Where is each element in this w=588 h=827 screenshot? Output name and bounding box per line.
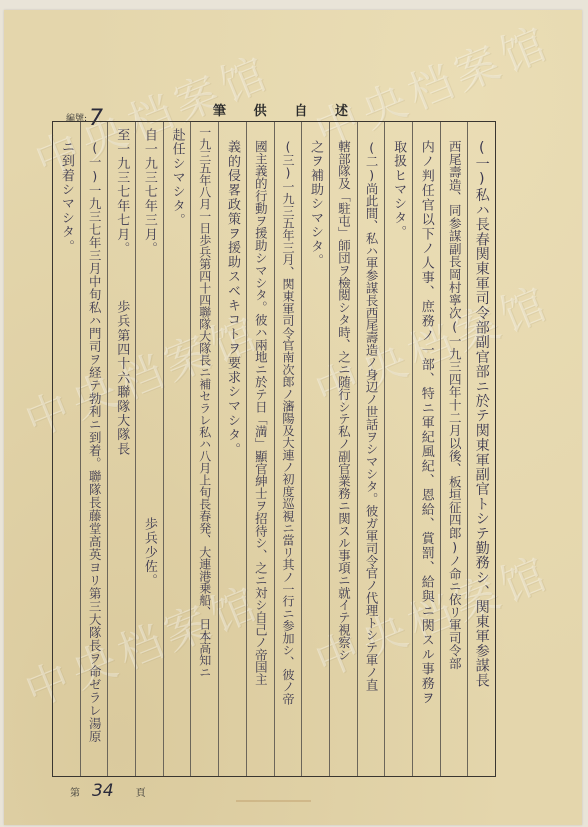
column-text: 内ノ判任官以下ノ人事、庶務ノ一部、特ニ軍紀風紀、恩給、賞罰、給與ニ関スル事務ヲ [420, 140, 433, 706]
column-text: 義的侵畧政策ヲ援助スベキコトヲ要求シマシタ。 [226, 140, 239, 457]
text-column: 之ヲ補助シマシタ。 [301, 122, 329, 776]
document-title: 筆 供 自 述 [213, 100, 348, 119]
text-column: (一)一九三七年三月中旬私ハ門司ヲ経テ勃利ニ到着。聯隊長藤堂高英ヨリ第三大隊長ヲ… [80, 122, 108, 776]
text-column: 國主義的行動ヲ援助シマシタ。彼ハ兩地ニ於テ日「満」顯官紳士ヲ招待シ、之ニ対シ自己… [246, 122, 274, 776]
position-text: 歩兵第四十六聯隊大隊長 [115, 300, 128, 456]
text-column: 轄部隊及「駐屯」師団ヲ檢閲シタ時、之ニ随行シテ私ノ副官業務ニ関スル事項ニ就イテ視… [329, 122, 357, 776]
paper-stain [236, 800, 311, 802]
column-text: ニ到着シマシタ。 [60, 140, 73, 254]
text-column: 至一九三七年七月。 歩兵第四十六聯隊大隊長 [107, 122, 135, 776]
column-text: (二)尚此間、私ハ軍参謀長西尾壽造ノ身辺ノ世話ヲシマシタ。彼ガ軍司令官ノ代理トシ… [365, 140, 377, 691]
title-char: 筆 [213, 100, 226, 119]
column-text: 國主義的行動ヲ援助シマシタ。彼ハ兩地ニ於テ日「満」顯官紳士ヲ招待シ、之ニ対シ自己… [254, 140, 266, 686]
column-text: 至一九三七年七月。 [115, 128, 128, 256]
text-column: (二)尚此間、私ハ軍参謀長西尾壽造ノ身辺ノ世話ヲシマシタ。彼ガ軍司令官ノ代理トシ… [357, 122, 385, 776]
column-text: 赴任シマシタ。 [171, 128, 184, 227]
text-column: 義的侵畧政策ヲ援助スベキコトヲ要求シマシタ。 [218, 122, 246, 776]
column-text: 西尾壽造、同参謀副長岡村寧次(一九三四年十二月以後、板垣征四郎)ノ命ニ依リ軍司令… [448, 140, 461, 670]
title-char: 自 [294, 100, 307, 119]
column-text: 轄部隊及「駐屯」師団ヲ檢閲シタ時、之ニ随行シテ私ノ副官業務ニ関スル事項ニ就イテ視… [337, 140, 349, 661]
page-footer: 第 34 頁 [70, 781, 146, 801]
column-text: 一九三五年八月一日歩兵第四十四聯隊大隊長ニ補セラレ私ハ八月上旬長春発、大連港乗船… [199, 126, 211, 678]
text-column: (一)私ハ長春関東軍司令部副官部ニ於テ関東軍副官トシテ勤務シ、関東軍参謀長 [467, 122, 495, 776]
text-column: 内ノ判任官以下ノ人事、庶務ノ一部、特ニ軍紀風紀、恩給、賞罰、給與ニ関スル事務ヲ [412, 122, 440, 776]
rank-text: 歩兵少佐。 [143, 517, 156, 588]
column-text: (一)私ハ長春関東軍司令部副官部ニ於テ関東軍副官トシテ勤務シ、関東軍参謀長 [475, 140, 489, 688]
text-column: 取扱ヒマシタ。 [384, 122, 412, 776]
text-column: 赴任シマシタ。 [163, 122, 191, 776]
text-column: (三)一九三五年三月、関東軍司令官南次郎ノ瀋陽及大連ノ初度巡視ニ當リ其ノ一行ニ参… [274, 122, 302, 776]
text-column: 一九三五年八月一日歩兵第四十四聯隊大隊長ニ補セラレ私ハ八月上旬長春発、大連港乗船… [190, 122, 218, 776]
manuscript-grid: (一)私ハ長春関東軍司令部副官部ニ於テ関東軍副官トシテ勤務シ、関東軍参謀長 西尾… [52, 121, 496, 777]
column-text: 之ヲ補助シマシタ。 [309, 140, 322, 268]
column-text: (三)一九三五年三月、関東軍司令官南次郎ノ瀋陽及大連ノ初度巡視ニ當リ其ノ一行ニ参… [282, 140, 294, 705]
page-suffix: 頁 [136, 784, 146, 799]
page-number: 34 [92, 781, 114, 801]
column-text: (一)一九三七年三月中旬私ハ門司ヲ経テ勃利ニ到着。聯隊長藤堂高英ヨリ第三大隊長ヲ… [88, 140, 100, 743]
page-prefix: 第 [70, 784, 80, 799]
text-column: 自一九三七年三月。 歩兵少佐。 [135, 122, 163, 776]
text-column: 西尾壽造、同参謀副長岡村寧次(一九三四年十二月以後、板垣征四郎)ノ命ニ依リ軍司令… [440, 122, 468, 776]
title-char: 供 [254, 100, 267, 119]
column-text: 自一九三七年三月。 [143, 128, 156, 256]
column-text: 取扱ヒマシタ。 [392, 140, 405, 239]
title-char: 述 [335, 100, 348, 119]
text-column: ニ到着シマシタ。 [53, 122, 80, 776]
